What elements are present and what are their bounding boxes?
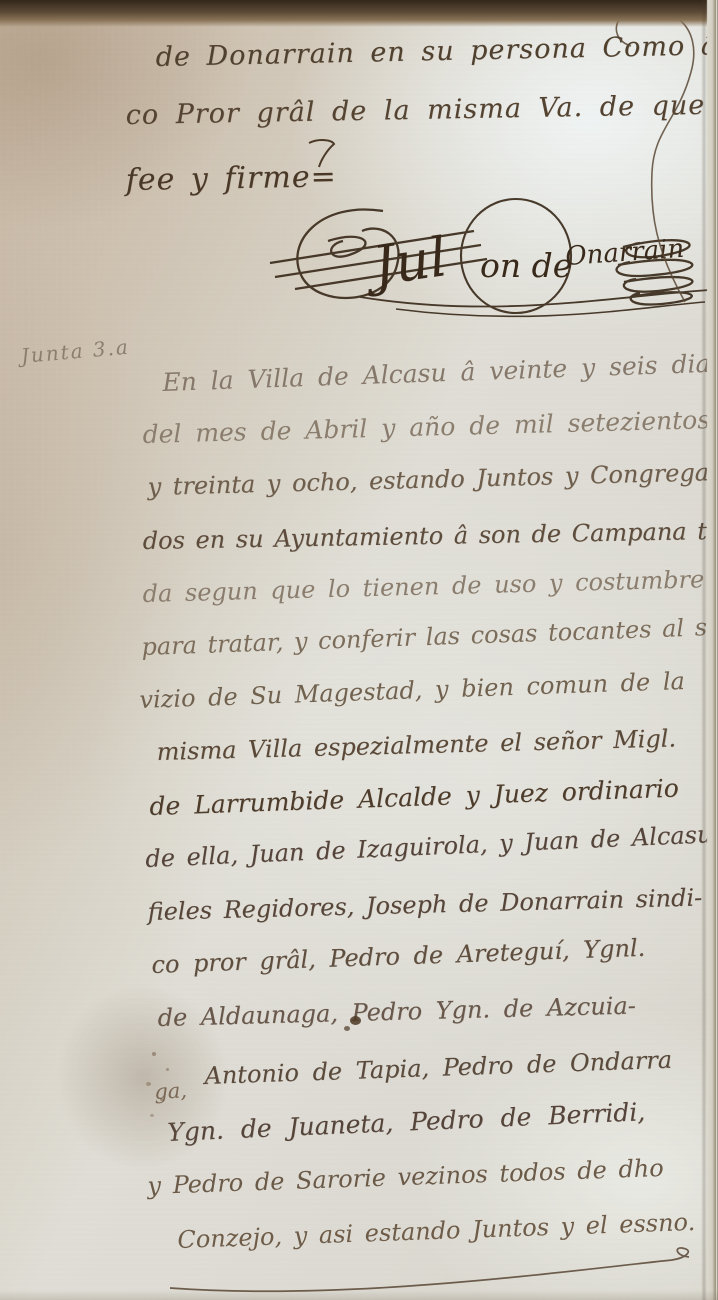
body-line-8: misma Villa espezialmente el señor Migl. <box>156 724 676 766</box>
body-line-12: co pror grâl, Pedro de Areteguí, Ygnl. <box>151 934 646 979</box>
body-line-10: de ella, Juan de Izaguirola, y Juan de A… <box>145 820 718 873</box>
book-page-edge <box>701 0 718 1300</box>
stain-speck <box>146 1082 151 1086</box>
stain-speck <box>166 1068 169 1071</box>
body-line-1: En la Villa de Alcasu â veinte y seis di… <box>162 348 718 397</box>
body-line-7: vizio de Su Magestad, y bien comun de la <box>139 667 685 714</box>
body-line-5: da segun que lo tienen de uso y costumbr… <box>142 565 704 608</box>
abbreviation-flourish <box>303 134 345 172</box>
body-line-4: dos en su Ayuntamiento â son de Campana … <box>143 516 718 555</box>
paper-stain <box>58 985 228 1170</box>
signature-part2: on de <box>480 246 572 285</box>
signature-part1: Jul <box>359 225 451 299</box>
torn-top-edge <box>0 0 718 27</box>
bottom-shadow <box>0 1290 718 1300</box>
body-line-3: y treinta y ocho, estando Juntos y Congr… <box>147 458 717 501</box>
margin-note: Junta 3.a <box>20 335 131 368</box>
body-line-15: Ygn. de Juaneta, Pedro de Berridi, <box>167 1097 646 1147</box>
stain-speck <box>152 1052 156 1056</box>
body-line-14: Antonio de Tapia, Pedro de Ondarra <box>204 1046 672 1090</box>
right-margin-flourish <box>598 2 718 312</box>
ink-blot-small <box>344 1026 350 1031</box>
body-line-2: del mes de Abril y año de mil seteziento… <box>142 405 710 449</box>
stain-speck <box>150 1114 154 1117</box>
body-line-11: fieles Regidores, Joseph de Donarrain si… <box>147 883 702 926</box>
body-line-9: de Larrumbide Alcalde y Juez ordinario <box>149 774 679 821</box>
body-line-16: y Pedro de Sarorie vezinos todos de dho <box>147 1154 664 1200</box>
body-line-13: de Aldaunaga, Pedro Ygn. de Azcuia- <box>157 991 636 1032</box>
manuscript-page: de Donarrain en su persona Como âsindi- … <box>0 0 718 1300</box>
stain-speck <box>160 1098 163 1101</box>
body-line-6: para tratar, y conferir las cosas tocant… <box>141 612 718 661</box>
ink-blot <box>350 1016 361 1025</box>
